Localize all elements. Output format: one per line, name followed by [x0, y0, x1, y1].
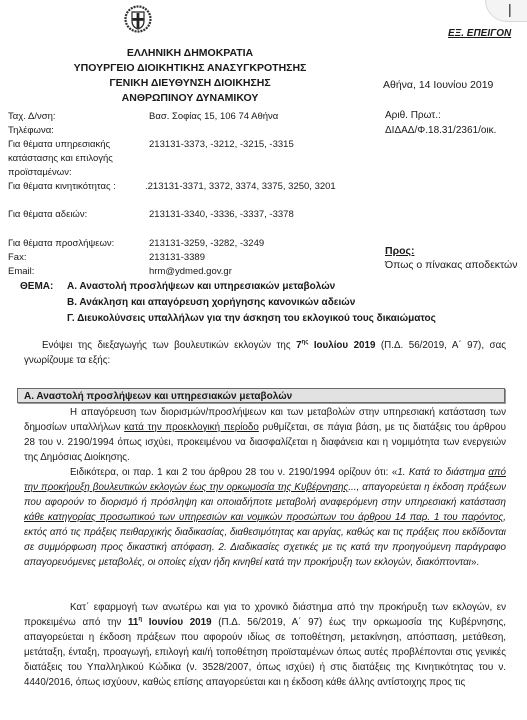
- ministry-line-1: ΕΛΛΗΝΙΚΗ ΔΗΜΟΚΡΑΤΙΑ: [60, 46, 320, 61]
- protocol-number: ΔΙΔΑΔ/Φ.18.31/2361/οικ.: [385, 125, 496, 136]
- document-date: Αθήνα, 14 Ιουνίου 2019: [383, 79, 493, 91]
- p3-month-year: Ιουνίου 2019: [142, 617, 211, 628]
- contact-value-service-status: 213131-3373, -3212, -3215, -3315: [149, 138, 294, 151]
- contact-label-mobility: Για θέματα κινητικότητας :: [8, 180, 148, 193]
- recipients-value: Όπως ο πίνακας αποδεκτών: [385, 259, 517, 271]
- contact-label-leave: Για θέματα αδειών:: [8, 208, 148, 221]
- contact-label-service-status-3: προϊσταμένων:: [8, 166, 148, 179]
- p3-day: 11: [128, 617, 138, 628]
- subject-item-c: Γ. Διευκολύνσεις υπαλλήλων για την άσκησ…: [67, 311, 436, 326]
- ministry-line-2: ΥΠΟΥΡΓΕΙΟ ΔΙΟΙΚΗΤΙΚΗΣ ΑΝΑΣΥΓΚΡΟΤΗΣΗΣ: [60, 61, 320, 76]
- intro-text: Ενόψει της διεξαγωγής των βουλευτικών εκ…: [42, 340, 296, 351]
- p2-quote-underlined-2: κάθε κατηγορίας προσωπικού των υπηρεσιών…: [24, 512, 503, 523]
- contact-value-address: Βασ. Σοφίας 15, 106 74 Αθήνα: [149, 110, 278, 123]
- recipients-label: Προς:: [385, 245, 414, 257]
- p2-text-post: ».: [471, 557, 479, 568]
- contact-label-address: Ταχ. Δ/νση:: [8, 110, 148, 123]
- protocol-label: Αριθ. Πρωτ.:: [385, 110, 441, 121]
- contact-value-fax: 213131-3389: [149, 251, 205, 264]
- contact-value-mobility: .213131-3371, 3372, 3374, 3375, 3250, 32…: [145, 180, 336, 193]
- contact-label-phones: Τηλέφωνα:: [8, 124, 148, 137]
- section-a-paragraph-3: Κατ΄ εφαρμογή των ανωτέρω και για το χρο…: [24, 600, 506, 690]
- contact-label-service-status-1: Για θέματα υπηρεσιακής: [8, 138, 148, 151]
- p2-text: Ειδικότερα, οι παρ. 1 και 2 του άρθρου 2…: [70, 467, 397, 478]
- contact-label-service-status-2: κατάστασης και επιλογής: [8, 152, 148, 165]
- p2-quote-1: 1. Κατά το διάστημα: [397, 467, 488, 478]
- contact-value-hiring: 213131-3259, -3282, -3249: [149, 237, 264, 250]
- ministry-line-4: ΑΝΘΡΩΠΙΝΟΥ ΔΥΝΑΜΙΚΟΥ: [60, 91, 320, 106]
- contact-label-hiring: Για θέματα προσλήψεων:: [8, 237, 148, 250]
- contact-label-fax: Fax:: [8, 251, 148, 264]
- subject-item-a: Α. Αναστολή προσλήψεων και υπηρεσιακών μ…: [67, 279, 335, 294]
- p1-underlined: κατά την προεκλογική περίοδο: [124, 422, 259, 433]
- greek-coat-of-arms-icon: [124, 5, 152, 33]
- section-a-paragraph-2: Ειδικότερα, οι παρ. 1 και 2 του άρθρου 2…: [24, 465, 506, 570]
- intro-paragraph: Ενόψει της διεξαγωγής των βουλευτικών εκ…: [24, 338, 506, 368]
- contact-value-email[interactable]: hrm@ydmed.gov.gr: [149, 265, 232, 278]
- corner-mark: |: [508, 1, 512, 17]
- intro-month-year: Ιουλίου 2019: [308, 340, 375, 351]
- contact-label-email: Email:: [8, 265, 148, 278]
- section-a-paragraph-1: Η απαγόρευση των διορισμών/προσλήψεων κα…: [24, 405, 506, 465]
- contact-value-leave: 213131-3340, -3336, -3337, -3378: [149, 208, 294, 221]
- subject-label: ΘΕΜΑ:: [20, 279, 53, 294]
- ministry-line-3: ΓΕΝΙΚΗ ΔΙΕΥΘΥΝΣΗ ΔΙΟΙΚΗΣΗΣ: [60, 76, 320, 91]
- urgency-label: ΕΞ. ΕΠΕΙΓΟΝ: [448, 28, 511, 39]
- page-corner-tab: |: [485, 0, 527, 22]
- section-a-heading: Α. Αναστολή προσλήψεων και υπηρεσιακών μ…: [17, 388, 505, 403]
- subject-item-b: Β. Ανάκληση και απαγόρευση χορήγησης καν…: [67, 295, 355, 310]
